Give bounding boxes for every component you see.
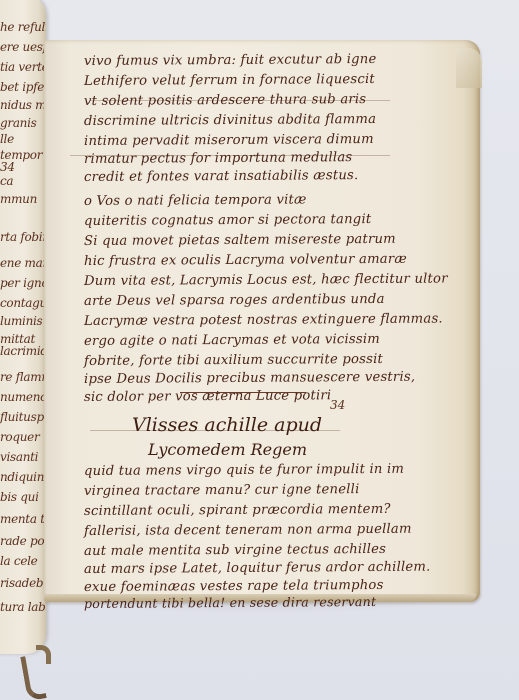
manuscript-line: vivo fumus vix umbra: fuit excutur ab ig… [84,52,377,69]
section-rule [180,392,306,393]
manuscript-line: quiteritis cognatus amor si pectora tang… [84,212,371,229]
poem-title-line-2: Lycomedem Regem [148,440,307,459]
manuscript-line: o Vos o nati felicia tempora vitæ [84,192,307,209]
manuscript-line: Lethifero velut ferrum in fornace liques… [84,72,375,89]
left-fragment: tia vertet [0,60,46,74]
left-fragment: contagun [0,296,46,310]
left-fragment: numeno [0,390,46,404]
manuscript-line: aut male mentita sub virgine tectus achi… [84,542,386,559]
manuscript-line: arte Deus vel sparsa roges ardentibus un… [84,292,385,309]
left-page-text: he refulis ere uesfo tia vertet bet ipfe… [0,0,46,650]
manuscript-line: fobrite, forte tibi auxilium succurrite … [84,352,383,369]
manuscript-line: hic frustra ex oculis Lacryma volventur … [84,252,407,269]
manuscript-line: aut mars ipse Latet, loquitur ferus ardo… [84,560,431,577]
left-fragment: ca [0,174,13,188]
left-fragment: menta ty [0,512,46,526]
manuscript-line: ergo agite o nati Lacrymas et vota vicis… [84,332,380,349]
manuscript-line: Lacrymæ vestra potest nostras extinguere… [84,311,443,329]
manuscript-line: Dum vita est, Lacrymis Locus est, hæc fl… [84,271,448,289]
left-fragment: nidus mu [0,98,46,112]
left-fragment: granis [0,116,37,130]
left-fragment: roquer [0,430,39,444]
left-fragment: bet ipfe [0,80,44,94]
left-fragment: ene mans [0,256,46,270]
left-fragment: fluitusp [0,410,44,424]
manuscript-line: Si qua movet pietas saltem misereste pat… [84,232,396,249]
page-corner-fold [456,48,482,88]
left-fragment: lacrimid [0,344,46,358]
manuscript-line: virginea tractare manu? cur igne tenelli [84,482,360,499]
left-fragment: la cele [0,554,37,568]
left-fragment: rta fobin [0,230,46,244]
poem-title-line-1: Vlisses achille apud [132,414,322,436]
manuscript-line: vt solent positis ardescere thura sub ar… [84,92,366,109]
left-fragment: tura laba [0,600,46,614]
left-fragment: risadeb [0,576,43,590]
left-fragment: re flamm [0,370,46,384]
manuscript-line: intima pervadit miserorum viscera dimum [84,132,374,149]
left-fragment: per igno [0,276,46,290]
manuscript-line: rimatur pectus for importuna medullas [84,150,352,167]
manuscript-line: credit et fontes varat insatiabilis æstu… [84,168,358,185]
left-fragment: lle [0,132,14,146]
left-fragment: rade pon [0,534,46,548]
left-fragment: ere uesfo [0,40,46,54]
manuscript-line: fallerisi, ista decent teneram non arma … [84,522,412,539]
manuscript-line: ipse Deus Docilis precibus mansuescere v… [84,370,415,387]
left-fragment: he refulis [0,20,46,34]
manuscript-line: sic dolor per vos æterna Luce potiri [84,388,331,405]
manuscript-line: quid tua mens virgo quis te furor impuli… [84,462,404,479]
manuscript-line: portendunt tibi bella! en sese dira rese… [84,594,376,611]
manuscript-line: discrimine ultricis divinitus abdita fla… [84,112,376,129]
left-fragment: mmun [0,192,37,206]
manuscript-line: exue foeminæas vestes rape tela triumpho… [84,578,384,595]
left-fragment: bis qui [0,490,39,504]
manuscript-line: scintillant oculi, spirant præcordia men… [84,502,391,519]
left-fragment: 34 [0,160,15,174]
page-number: 34 [330,398,345,412]
left-fragment: ndiquint [0,470,46,484]
left-fragment: visanti [0,450,38,464]
binding-string-loop [36,645,51,664]
left-fragment: luminis [0,314,42,328]
